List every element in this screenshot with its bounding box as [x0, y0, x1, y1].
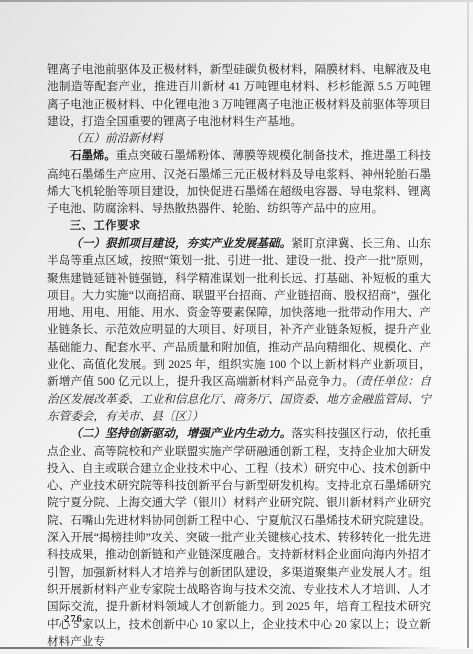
innovation-drive-body: 落实科技强区行动，依托重点企业、高等院校和产业联盟实施产学研融通创新工程，支持企… — [47, 427, 431, 648]
paragraph-innovation-drive: （二）坚持创新驱动，增强产业内生动力。落实科技强区行动，依托重点企业、高等院校和… — [47, 425, 431, 650]
scan-background-strip — [0, 649, 473, 654]
heading-work-requirements: 三、工作要求 — [47, 218, 431, 235]
subheading-frontier-new-materials: （五）前沿新材料 — [47, 130, 431, 147]
paragraph-graphene: 石墨烯。重点突破石墨烯粉体、薄膜等规模化制备技术，推进墨工科技高纯石墨烯生产应用… — [47, 147, 431, 217]
page-top-edge — [0, 0, 473, 2]
paragraph-project-construction: （一）狠抓项目建设，夯实产业发展基础。紧盯京津冀、长三角、山东半岛等重点区域，按… — [47, 235, 431, 425]
innovation-drive-lead: （二）坚持创新驱动，增强产业内生动力。 — [70, 427, 291, 440]
project-construction-body: 紧盯京津冀、长三角、山东半岛等重点区域，按照“策划一批、引进一批、建设一批、投产… — [47, 237, 431, 388]
paragraph-lithium-battery-materials: 锂离子电池前驱体及正极材料，新型硅碳负极材料，隔膜材料、电解液及电池制造等配套产… — [47, 61, 431, 130]
project-construction-lead: （一）狠抓项目建设，夯实产业发展基础。 — [70, 237, 291, 250]
document-body: 锂离子电池前驱体及正极材料，新型硅碳负极材料，隔膜材料、电解液及电池制造等配套产… — [47, 61, 431, 650]
scanned-page: 锂离子电池前驱体及正极材料，新型硅碳负极材料，隔膜材料、电解液及电池制造等配套产… — [0, 0, 473, 654]
page-right-edge — [467, 2, 469, 648]
page-number: - 276 - — [56, 614, 91, 625]
graphene-lead-label: 石墨烯。 — [70, 150, 116, 162]
